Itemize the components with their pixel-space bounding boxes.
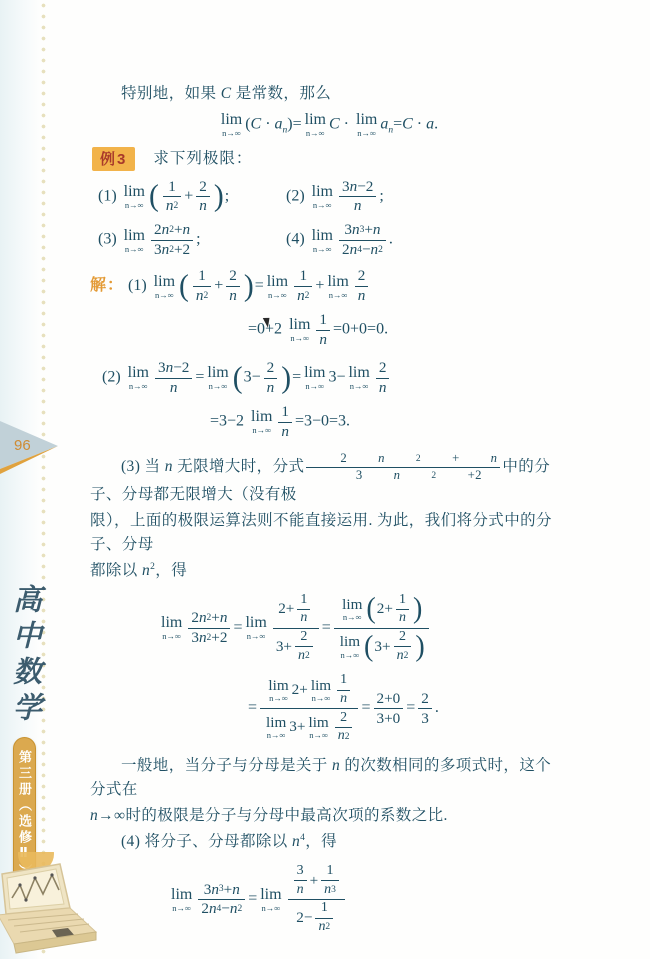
limit-operator: limn→∞: [161, 615, 182, 641]
fraction: 2n2: [295, 630, 313, 663]
fraction: 3n3+n2n4−n2: [339, 222, 386, 258]
limit-operator: limn→∞: [342, 597, 362, 622]
fraction: 2+03+0: [374, 691, 404, 727]
solution-line-2a: (2) limn→∞3n−2n=limn→∞(3−2n)=limn→∞3−lim…: [102, 360, 566, 396]
fraction: 1n2: [294, 268, 312, 304]
content-column: 特别地，如果 C 是常数，那么 limn→∞(C · an)=limn→∞C ·…: [90, 80, 566, 945]
fraction: 1n: [316, 312, 330, 348]
limit-operator: limn→∞: [327, 274, 348, 300]
display-formula-3b: =limn→∞2+limn→∞1nlimn→∞3+limn→∞2n2=2+03+…: [248, 673, 566, 744]
part4-intro-line: (4) 将分子、分母都除以 n4，得: [90, 830, 566, 854]
paragraph-part3-line1: (3) 当 n 无限增大时，分式2n2+n3n2+2中的分子、分母都无限增大（没…: [90, 452, 566, 507]
fraction: 3n+1n32−1n2: [288, 864, 345, 935]
limit-operator: limn→∞: [340, 634, 360, 659]
problem-3: (3) limn→∞2n2+n3n2+2;: [98, 222, 286, 258]
fraction: 1n2: [193, 268, 211, 304]
problem-1: (1) limn→∞(1n2+2n);: [98, 179, 286, 215]
problem-4: (4) limn→∞3n3+n2n4−n2.: [286, 222, 393, 258]
fraction: 2n: [196, 179, 210, 215]
page-number: 96: [14, 437, 31, 454]
example-header: 例3 求下列极限：: [92, 147, 566, 171]
fraction: 2n: [355, 268, 369, 304]
limit-operator: limn→∞: [356, 112, 377, 138]
fraction: 23: [418, 691, 432, 727]
solution-line-1a: 解：(1) limn→∞(1n2+2n)=limn→∞1n2+limn→∞2n: [90, 268, 566, 304]
fraction: limn→∞(2+1n)limn→∞(3+2n2): [334, 593, 429, 664]
limit-operator: limn→∞: [308, 715, 328, 740]
problem-2: (2) limn→∞3n−2n;: [286, 179, 384, 215]
fraction: 1n: [278, 404, 292, 440]
paragraph-part3-line3: 都除以 n2，得: [90, 559, 566, 583]
limit-operator: limn→∞: [348, 365, 369, 391]
fraction: 2n2: [335, 711, 353, 744]
paragraph-part3-line2: 限），上面的极限运算法则不能直接运用. 为此，我们将分式中的分子、分母: [90, 509, 566, 557]
fraction: 2n: [226, 268, 240, 304]
limit-operator: limn→∞: [207, 365, 228, 391]
textbook-page: 96 高中数学 第三册（选修Ⅱ） 特别地，如果 C 是常数，那么 limn→∞(…: [0, 0, 650, 959]
fraction: 1n2: [163, 179, 181, 215]
limit-operator: limn→∞: [305, 112, 326, 138]
fraction: 3n−2n: [155, 360, 192, 396]
limit-operator: limn→∞: [260, 887, 281, 913]
fraction: 3n−2n: [339, 179, 376, 215]
limit-operator: limn→∞: [171, 887, 192, 913]
limit-operator: limn→∞: [268, 678, 288, 703]
laptop-icon: [0, 852, 104, 959]
limit-operator: limn→∞: [124, 184, 145, 210]
fraction: 2n: [376, 360, 390, 396]
fraction: 1n3: [321, 864, 339, 897]
display-formula-3a: limn→∞2n2+n3n2+2=limn→∞2+1n3+2n2=limn→∞(…: [158, 593, 566, 664]
limit-operator: limn→∞: [311, 678, 331, 703]
solution-1a-formula: (1) limn→∞(1n2+2n)=limn→∞1n2+limn→∞2n: [128, 277, 371, 294]
fraction: 1n: [337, 673, 350, 706]
limit-operator: limn→∞: [154, 274, 175, 300]
fraction: 2n2+n3n2+2: [188, 610, 230, 646]
limit-operator: limn→∞: [304, 365, 325, 391]
limit-operator: limn→∞: [266, 715, 286, 740]
solution-label: 解：: [90, 277, 124, 294]
fraction: 2n2+n3n2+2: [151, 222, 193, 258]
problems-row-2: (3) limn→∞2n2+n3n2+2; (4) limn→∞3n3+n2n4…: [90, 222, 566, 258]
example-badge: 例3: [92, 147, 135, 171]
display-formula-4: limn→∞3n3+n2n4−n2=limn→∞3n+1n32−1n2: [168, 864, 566, 935]
limit-constant-formula: limn→∞(C · an)=limn→∞C · limn→∞an=C · a.: [90, 112, 566, 138]
example-prompt: 求下列极限：: [153, 147, 252, 171]
series-title-vertical: 高中数学: [6, 584, 47, 728]
limit-operator: limn→∞: [245, 615, 266, 641]
limit-operator: limn→∞: [289, 317, 310, 343]
limit-operator: limn→∞: [128, 365, 149, 391]
solution-line-2b: =3−2 limn→∞1n=3−0=3.: [210, 404, 566, 440]
page-number-tab: 96: [0, 421, 60, 475]
limit-operator: limn→∞: [312, 228, 333, 254]
limit-operator: limn→∞: [221, 112, 242, 138]
fraction: 2n2: [394, 630, 412, 663]
fraction: 2+1n3+2n2: [273, 593, 319, 664]
fraction: 3n: [294, 864, 307, 897]
fraction: 2n2+n3n2+2: [306, 452, 500, 483]
paragraph-general-line2: n→∞时的极限是分子与分母中最高次项的系数之比.: [90, 804, 566, 828]
limit-operator: limn→∞: [124, 228, 145, 254]
limit-operator: limn→∞: [312, 184, 333, 210]
dotted-divider: [41, 0, 46, 959]
fraction: 1n2: [315, 901, 333, 934]
solution-line-1b: =0+2 limn→∞1n=0+0=0.: [248, 312, 566, 348]
limit-operator: limn→∞: [251, 409, 272, 435]
fraction: 1n: [396, 593, 409, 626]
fraction: 3n3+n2n4−n2: [198, 882, 245, 918]
problems-row-1: (1) limn→∞(1n2+2n); (2) limn→∞3n−2n;: [90, 179, 566, 215]
fraction: 2n: [264, 360, 278, 396]
fraction: limn→∞2+limn→∞1nlimn→∞3+limn→∞2n2: [260, 673, 358, 744]
intro-paragraph: 特别地，如果 C 是常数，那么: [90, 82, 566, 106]
paragraph-general-line1: 一般地，当分子与分母是关于 n 的次数相同的多项式时，这个分式在: [90, 754, 566, 802]
limit-operator: limn→∞: [267, 274, 288, 300]
fraction: 1n: [297, 593, 310, 626]
